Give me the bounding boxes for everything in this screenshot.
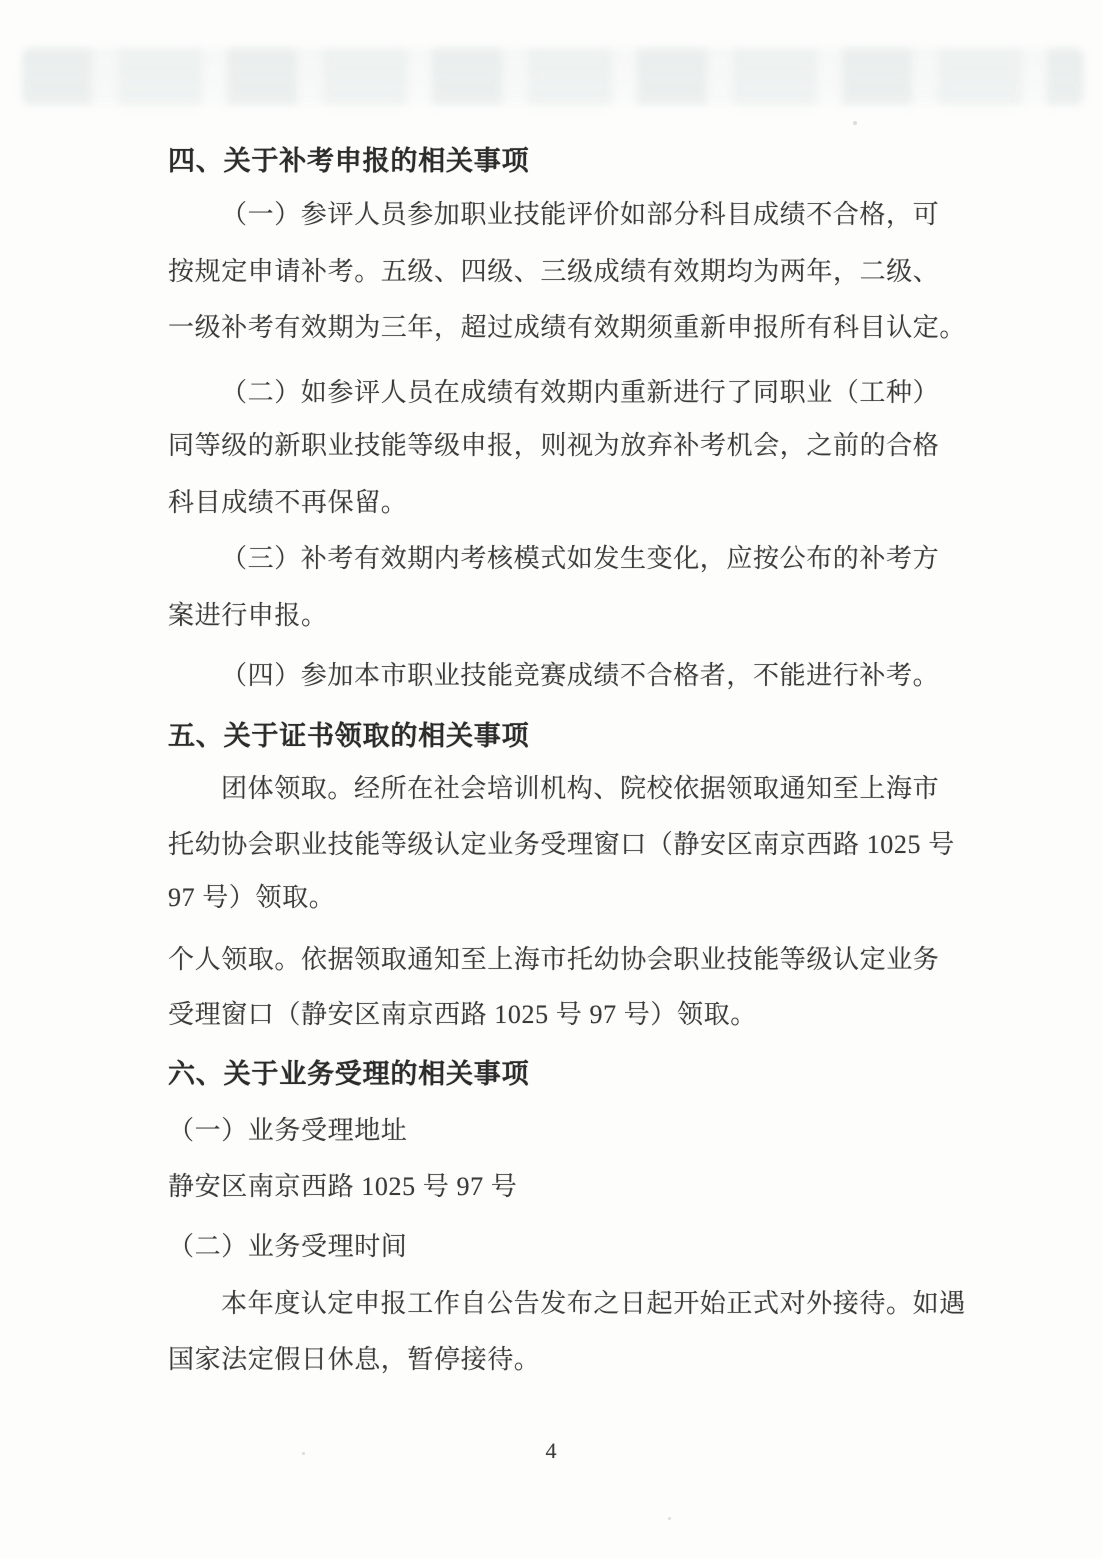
scan-bleedthrough-band	[22, 48, 1084, 105]
paragraph-line: 本年度认定申报工作自公告发布之日起开始正式对外接待。如遇	[168, 1287, 958, 1321]
section-heading-4: 四、关于补考申报的相关事项	[168, 144, 958, 178]
paragraph-line: 国家法定假日休息，暂停接待。	[168, 1343, 958, 1377]
subsection-heading-time: （二）业务受理时间	[168, 1230, 958, 1264]
paragraph-line: 团体领取。经所在社会培训机构、院校依据领取通知至上海市	[168, 772, 958, 806]
paragraph-line: 个人领取。依据领取通知至上海市托幼协会职业技能等级认定业务	[168, 943, 958, 977]
paragraph-line: 一级补考有效期为三年，超过成绩有效期须重新申报所有科目认定。	[168, 311, 958, 345]
subsection-heading-address: （一）业务受理地址	[168, 1114, 958, 1148]
paragraph-line: （三）补考有效期内考核模式如发生变化，应按公布的补考方	[168, 542, 958, 576]
scan-speck	[853, 121, 857, 125]
section-heading-5: 五、关于证书领取的相关事项	[168, 719, 958, 753]
paragraph-line: （二）如参评人员在成绩有效期内重新进行了同职业（工种）	[168, 376, 958, 410]
scan-speck	[302, 1452, 305, 1455]
scan-speck	[668, 1517, 671, 1520]
paragraph-line: （一）参评人员参加职业技能评价如部分科目成绩不合格，可	[168, 198, 958, 232]
scanned-document-page: 四、关于补考申报的相关事项 （一）参评人员参加职业技能评价如部分科目成绩不合格，…	[0, 0, 1102, 1559]
paragraph-line: 按规定申请补考。五级、四级、三级成绩有效期均为两年，二级、	[168, 255, 958, 289]
address-line: 静安区南京西路 1025 号 97 号	[168, 1170, 958, 1204]
paragraph-line: 同等级的新职业技能等级申报，则视为放弃补考机会，之前的合格	[168, 429, 958, 463]
section-heading-6: 六、关于业务受理的相关事项	[168, 1057, 958, 1091]
paragraph-line: 97 号）领取。	[168, 881, 958, 915]
paragraph-line: 托幼协会职业技能等级认定业务受理窗口（静安区南京西路 1025 号	[168, 828, 958, 862]
paragraph-line: 受理窗口（静安区南京西路 1025 号 97 号）领取。	[168, 998, 958, 1032]
paragraph-line: 科目成绩不再保留。	[168, 486, 958, 520]
page-number: 4	[0, 1438, 1102, 1464]
paragraph-line: 案进行申报。	[168, 599, 958, 633]
paragraph-line: （四）参加本市职业技能竞赛成绩不合格者，不能进行补考。	[168, 659, 958, 693]
